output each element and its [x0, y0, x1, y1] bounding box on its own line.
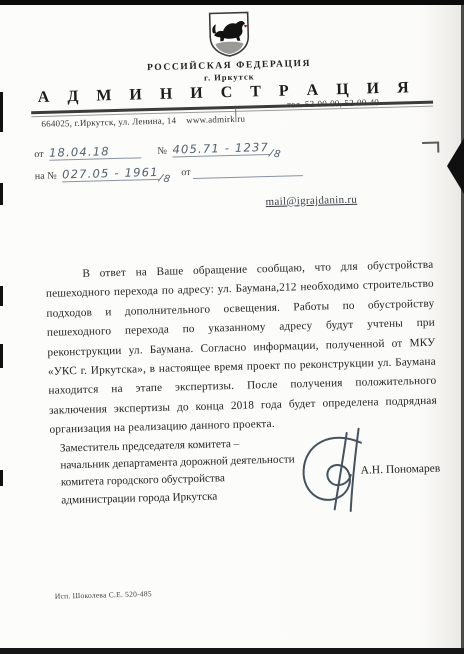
reply-label: на № [35, 171, 57, 183]
corner-crop-mark [422, 142, 439, 153]
number-label: № [157, 146, 167, 157]
ref-line-reply: на № 027.05 - 1961/8 от [35, 161, 304, 183]
scan-edge-bottom [0, 648, 464, 654]
irkutsk-coat-of-arms-icon [207, 10, 252, 58]
outgoing-number-handwritten: 405.71 - 1237 [172, 140, 269, 157]
scan-edge-mark [0, 470, 3, 486]
scan-edge-mark [0, 92, 3, 132]
reply-number-handwritten: 027.05 - 1961 [62, 165, 159, 182]
scan-blot-wedge [447, 138, 464, 194]
scan-edge-mark [0, 344, 3, 368]
handwritten-signature-icon [297, 426, 371, 516]
blank-date-line [193, 164, 303, 179]
scan-edge-top [0, 0, 464, 5]
address-text: 664025, г.Иркутск, ул. Ленина, 14 [41, 115, 176, 129]
reply-number-suffix: /8 [158, 173, 172, 186]
scanned-letter-page: РОССИЙСКАЯ ФЕДЕРАЦИЯ г. Иркутск А Д М И … [0, 0, 464, 654]
scan-edge-mark [0, 183, 3, 205]
executor-note: Исп. Шоколева С.Е. 520-485 [55, 589, 152, 601]
scan-edge-mark [0, 286, 3, 306]
letter-body-paragraph: В ответ на Ваше обращение сообщаю, что д… [45, 256, 437, 441]
ref-line-outgoing: от 18.04.18 № 405.71 - 1237/8 [34, 140, 281, 161]
recipient-email[interactable]: mail@igrajdanin.ru [265, 194, 357, 208]
signatory-name: А.Н. Пономарев [361, 463, 441, 477]
reply-from-label: от [181, 167, 191, 178]
outgoing-number-suffix: /8 [268, 148, 282, 161]
from-label: от [34, 149, 44, 160]
letter-content: РОССИЙСКАЯ ФЕДЕРАЦИЯ г. Иркутск А Д М И … [0, 0, 464, 654]
outgoing-date-handwritten: 18.04.18 [49, 144, 110, 160]
